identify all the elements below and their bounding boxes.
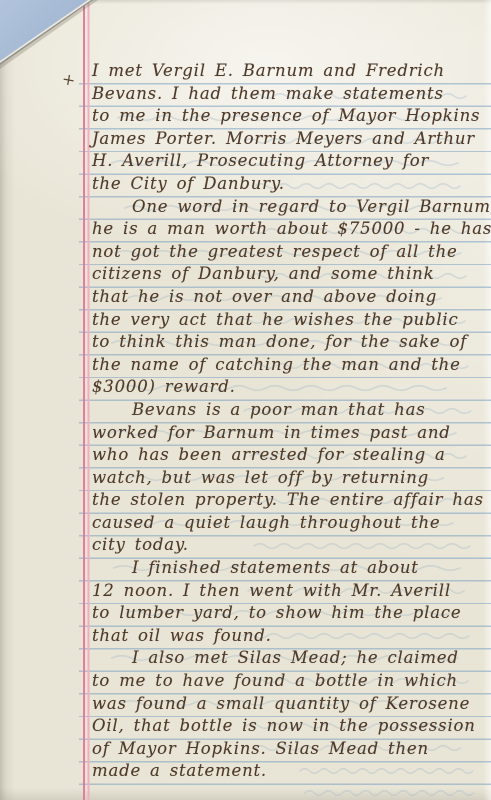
handwritten-line: to think this man done, for the sake of bbox=[92, 331, 491, 354]
handwritten-line: city today. bbox=[92, 534, 491, 557]
handwritten-line: to lumber yard, to show him the place bbox=[92, 602, 491, 625]
handwritten-line: the stolen property. The entire affair h… bbox=[92, 489, 491, 512]
handwritten-line: One word in regard to Vergil Barnum; bbox=[92, 196, 491, 219]
handwritten-line: to me to have found a bottle in which bbox=[92, 670, 491, 693]
handwritten-line: the City of Danbury. bbox=[92, 173, 491, 196]
handwritten-line: the name of catching the man and the bbox=[92, 354, 491, 377]
handwritten-line: I met Vergil E. Barnum and Fredrich bbox=[92, 60, 491, 83]
handwritten-line: $3000) reward. bbox=[92, 376, 491, 399]
handwritten-line: that oil was found. bbox=[92, 625, 491, 648]
handwritten-text: I met Vergil E. Barnum and FredrichBevan… bbox=[92, 60, 491, 783]
photographed-diary-page: I met Vergil E. Barnum and FredrichBevan… bbox=[0, 0, 491, 800]
handwritten-line: citizens of Danbury, and some think bbox=[92, 263, 491, 286]
margin-rule-line bbox=[83, 3, 91, 800]
handwritten-line: Oil, that bottle is now in the possessio… bbox=[92, 715, 491, 738]
handwritten-line: made a statement. bbox=[92, 760, 491, 783]
handwritten-line: James Porter. Morris Meyers and Arthur bbox=[92, 128, 491, 151]
handwritten-line: watch, but was let off by returning bbox=[92, 467, 491, 490]
handwritten-line: the very act that he wishes the public bbox=[92, 309, 491, 332]
handwritten-line: H. Averill, Prosecuting Attorney for bbox=[92, 150, 491, 173]
handwritten-line: I also met Silas Mead; he claimed bbox=[92, 647, 491, 670]
handwritten-line: of Mayor Hopkins. Silas Mead then bbox=[92, 738, 491, 761]
handwritten-line: he is a man worth about $75000 - he has bbox=[92, 218, 491, 241]
handwritten-line: to me in the presence of Mayor Hopkins bbox=[92, 105, 491, 128]
handwritten-line: that he is not over and above doing bbox=[92, 286, 491, 309]
handwritten-line: was found a small quantity of Kerosene bbox=[92, 693, 491, 716]
handwritten-line: 12 noon. I then went with Mr. Averill bbox=[92, 580, 491, 603]
handwritten-line: worked for Barnum in times past and bbox=[92, 422, 491, 445]
handwritten-line: I finished statements at about bbox=[92, 557, 491, 580]
handwritten-line: who has been arrested for stealing a bbox=[92, 444, 491, 467]
handwritten-line: caused a quiet laugh throughout the bbox=[92, 512, 491, 535]
handwritten-line: Bevans. I had them make statements bbox=[92, 83, 491, 106]
handwritten-line: Bevans is a poor man that has bbox=[92, 399, 491, 422]
handwritten-line: not got the greatest respect of all the bbox=[92, 241, 491, 264]
